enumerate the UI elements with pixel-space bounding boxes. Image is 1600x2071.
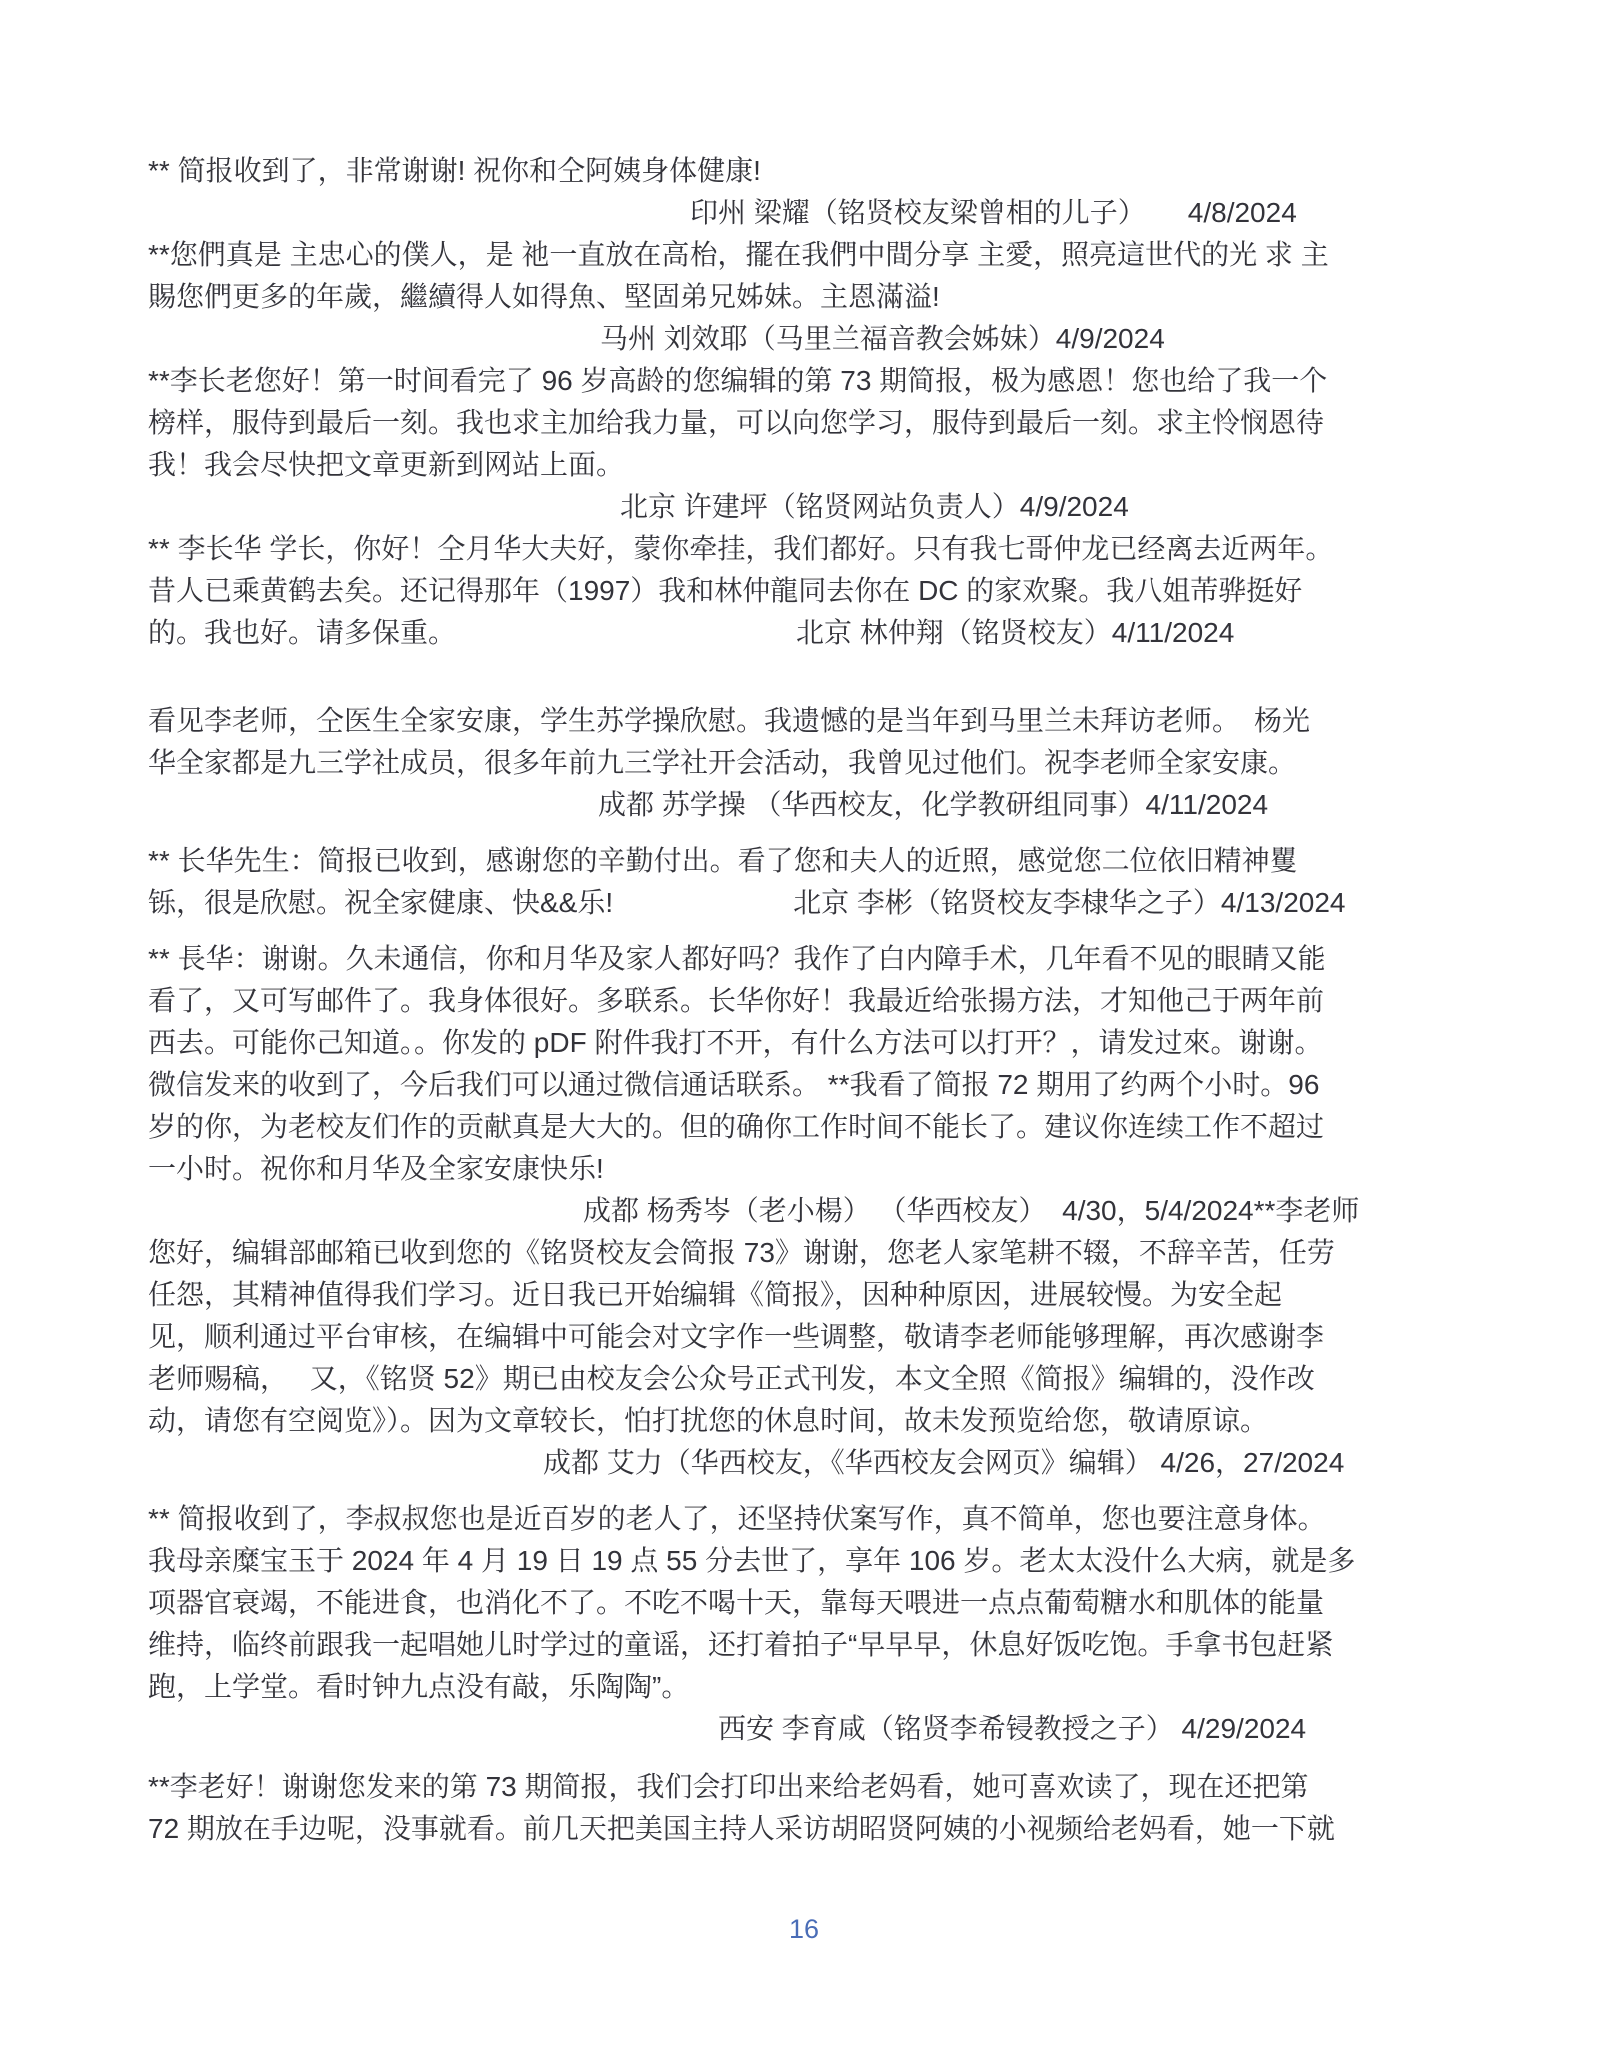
text-line: 老师赐稿， 又，《铭贤 52》期已由校友会公众号正式刊发，本文全照《简报》编辑的…: [148, 1358, 1460, 1400]
text-line: **李老好！谢谢您发来的第 73 期简报，我们会打印出来给老妈看，她可喜欢读了，…: [148, 1766, 1460, 1808]
text-line: 您好，编辑部邮箱已收到您的《铭贤校友会简报 73》谢谢，您老人家笔耕不辍，不辞辛…: [148, 1232, 1460, 1274]
text-line: 看了，又可写邮件了。我身体很好。多联系。长华你好！我最近给张揚方法，才知他己于两…: [148, 980, 1460, 1022]
attribution-line: 成都 苏学操 （华西校友，化学教研组同事）4/11/2024: [148, 784, 1460, 826]
text-line: ** 简报收到了，李叔叔您也是近百岁的老人了，还坚持伏案写作，真不简单，您也要注…: [148, 1498, 1460, 1540]
text-line: 昔人已乘黄鹤去矣。还记得那年（1997）我和林仲龍同去你在 DC 的家欢聚。我八…: [148, 570, 1460, 612]
attribution-line: 成都 艾力（华西校友，《华西校友会网页》编辑） 4/26，27/2024: [148, 1442, 1460, 1484]
text-line-with-attribution: 的。我也好。请多保重。北京 林仲翔（铭贤校友）4/11/2024: [148, 612, 1460, 654]
text-segment: 铄，很是欣慰。祝全家健康、快&&乐!: [148, 887, 613, 918]
text-line: 动，请您有空阅览》）。因为文章较长，怕打扰您的休息时间，故未发预览给您，敬请原谅…: [148, 1400, 1460, 1442]
attribution-line: 马州 刘效耶（马里兰福音教会姊妹）4/9/2024: [148, 318, 1460, 360]
text-line: 一小时。祝你和月华及全家安康快乐!: [148, 1148, 1460, 1190]
text-line: 賜您們更多的年歲，繼續得人如得魚、堅固弟兄姊妹。主恩滿溢!: [148, 276, 1460, 318]
text-line: 看见李老师，仝医生全家安康，学生苏学操欣慰。我遗憾的是当年到马里兰未拜访老师。 …: [148, 700, 1460, 742]
text-line: 榜样，服侍到最后一刻。我也求主加给我力量，可以向您学习，服侍到最后一刻。求主怜悯…: [148, 402, 1460, 444]
text-line: 我！我会尽快把文章更新到网站上面。: [148, 444, 1460, 486]
text-line: ** 李长华 学长，你好！仝月华大夫好，蒙你牵挂，我们都好。只有我七哥仲龙已经离…: [148, 528, 1460, 570]
attribution-line: 成都 杨秀岑（老小楊） （华西校友） 4/30，5/4/2024**李老师: [148, 1190, 1460, 1232]
text-line: 72 期放在手边呢，没事就看。前几天把美国主持人采访胡昭贤阿姨的小视频给老妈看，…: [148, 1808, 1460, 1850]
text-line: **您們真是 主忠心的僕人，是 祂一直放在高枱，擺在我們中間分享 主愛，照亮這世…: [148, 234, 1460, 276]
document-page: ** 简报收到了，非常谢谢! 祝你和仝阿姨身体健康! 印州 梁耀（铭贤校友梁曾相…: [0, 0, 1600, 2071]
attribution-segment: 北京 林仲翔（铭贤校友）4/11/2024: [796, 612, 1234, 654]
attribution-segment: 北京 李彬（铭贤校友李棣华之子）4/13/2024: [793, 882, 1345, 924]
text-line: 我母亲糜宝玉于 2024 年 4 月 19 日 19 点 55 分去世了，享年 …: [148, 1540, 1460, 1582]
text-line-with-attribution: 铄，很是欣慰。祝全家健康、快&&乐!北京 李彬（铭贤校友李棣华之子）4/13/2…: [148, 882, 1460, 924]
text-line: 见，顺利通过平台审核，在编辑中可能会对文字作一些调整，敬请李老师能够理解，再次感…: [148, 1316, 1460, 1358]
text-segment: 的。我也好。请多保重。: [148, 617, 456, 648]
text-line: **李长老您好！第一时间看完了 96 岁高龄的您编辑的第 73 期简报，极为感恩…: [148, 360, 1460, 402]
text-line: ** 简报收到了，非常谢谢! 祝你和仝阿姨身体健康!: [148, 150, 1460, 192]
text-line: ** 长华先生：简报已收到，感谢您的辛勤付出。看了您和夫人的近照，感觉您二位依旧…: [148, 840, 1460, 882]
text-line: ** 長华：谢谢。久未通信，你和月华及家人都好吗？我作了白内障手术，几年看不见的…: [148, 938, 1460, 980]
attribution-line: 印州 梁耀（铭贤校友梁曾相的儿子） 4/8/2024: [148, 192, 1460, 234]
text-line: 维持，临终前跟我一起唱她儿时学过的童谣，还打着拍子“早早早，休息好饭吃饱。手拿书…: [148, 1624, 1460, 1666]
page-number: 16: [148, 1912, 1460, 1946]
text-line: 西去。可能你己知道。。你发的 pDF 附件我打不开，有什么方法可以打开？，请发过…: [148, 1022, 1460, 1064]
text-line: 岁的你，为老校友们作的贡献真是大大的。但的确你工作时间不能长了。建议你连续工作不…: [148, 1106, 1460, 1148]
attribution-line: 西安 李育咸（铭贤李希锓教授之子） 4/29/2024: [148, 1708, 1460, 1750]
text-line: 项器官衰竭，不能进食，也消化不了。不吃不喝十天，靠每天喂进一点点葡萄糖水和肌体的…: [148, 1582, 1460, 1624]
text-line: 华全家都是九三学社成员，很多年前九三学社开会活动，我曾见过他们。祝李老师全家安康…: [148, 742, 1460, 784]
attribution-line: 北京 许建坪（铭贤网站负责人）4/9/2024: [148, 486, 1460, 528]
text-line: 跑，上学堂。看时钟九点没有敲，乐陶陶”。: [148, 1666, 1460, 1708]
text-line: 任怨，其精神值得我们学习。近日我已开始编辑《简报》，因种种原因，进展较慢。为安全…: [148, 1274, 1460, 1316]
text-line: 微信发来的收到了，今后我们可以通过微信通话联系。 **我看了简报 72 期用了约…: [148, 1064, 1460, 1106]
